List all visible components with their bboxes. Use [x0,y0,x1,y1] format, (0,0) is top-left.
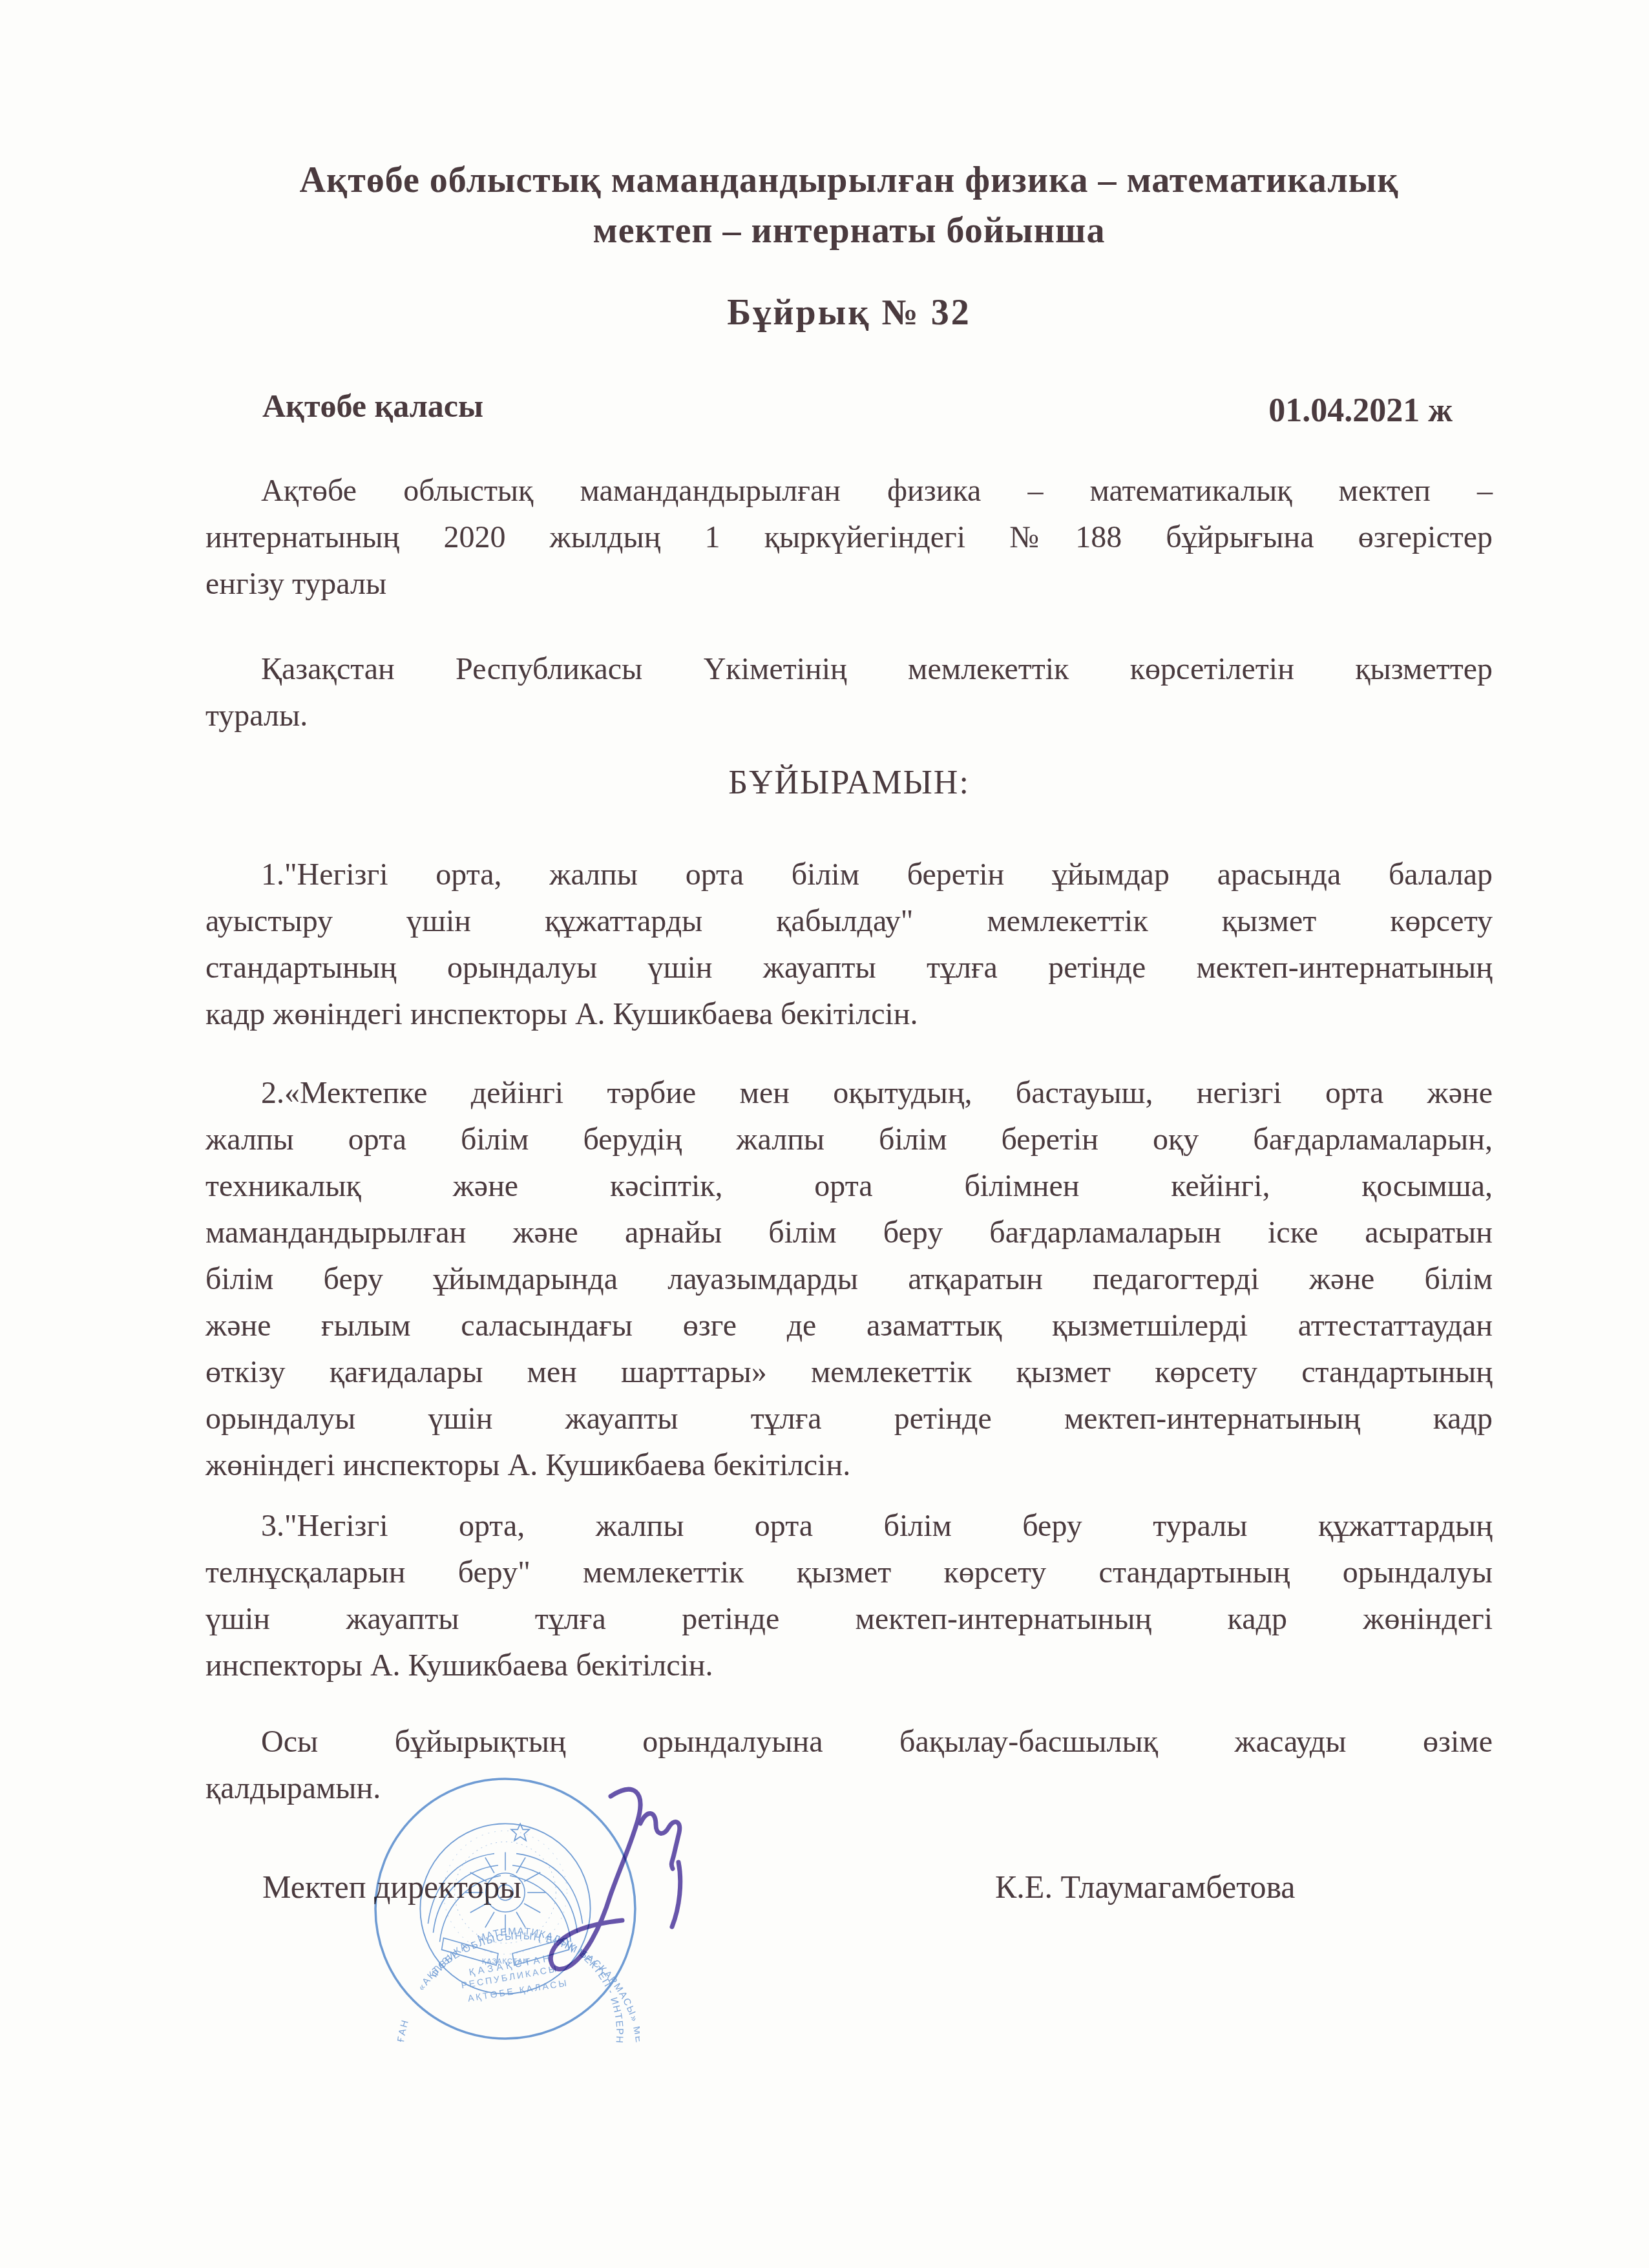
text-line: 1."Негізгі орта, жалпы орта білім береті… [205,852,1493,898]
order-item-1: 1."Негізгі орта, жалпы орта білім береті… [205,852,1493,1038]
text-line: Қазақстан Республикасы Үкіметінің мемлек… [205,646,1493,693]
basis-paragraph: Қазақстан Республикасы Үкіметінің мемлек… [205,646,1493,739]
text-line: техникалық және кәсіптік, орта білімнен … [205,1163,1493,1210]
text-line: енгізу туралы [205,561,1493,607]
order-number: Бұйрық № 32 [205,289,1493,336]
text-line: стандартының орындалуы үшін жауапты тұлғ… [205,945,1493,991]
text-line: ауыстыру үшін құжаттарды қабылдау" мемле… [205,898,1493,945]
scanned-order-document: Ақтөбе облыстық мамандандырылған физика … [0,0,1649,2268]
text-line: Осы бұйырықтың орындалуына бақылау-басшы… [205,1719,1493,1765]
order-date: 01.04.2021 ж [1268,388,1453,434]
text-line: инспекторы А. Кушикбаева бекітілсін. [205,1643,1493,1689]
text-line: 2.«Мектепке дейінгі тәрбие мен оқытудың,… [205,1070,1493,1117]
text-line: кадр жөніндегі инспекторы А. Кушикбаева … [205,991,1493,1038]
text-line: мамандандырылған және арнайы білім беру … [205,1210,1493,1256]
text-line: білім беру ұйымдарында лауазымдарды атқа… [205,1256,1493,1303]
text-line: мектеп – интернаты бойынша [205,205,1493,256]
signature-ink [514,1785,727,1985]
city-date-row: Ақтөбе қаласы 01.04.2021 ж [205,383,1493,429]
text-line: 3."Негізгі орта, жалпы орта білім беру т… [205,1503,1493,1549]
text-line: интернатының 2020 жылдың 1 қыркүйегіндег… [205,514,1493,561]
text-line: және ғылым саласындағы өзге де азаматтық… [205,1303,1493,1349]
text-line: Ақтөбе облыстық мамандандырылған физика … [205,155,1493,205]
order-item-3: 3."Негізгі орта, жалпы орта білім беру т… [205,1503,1493,1689]
text-line: жөніндегі инспекторы А. Кушикбаева бекіт… [205,1442,1493,1489]
text-line: туралы. [205,693,1493,739]
text-line: өткізу қағидалары мен шарттары» мемлекет… [205,1349,1493,1396]
text-line: жалпы орта білім берудің жалпы білім бер… [205,1117,1493,1163]
text-line: Ақтөбе облыстық мамандандырылған физика … [205,468,1493,514]
text-line: үшін жауапты тұлға ретінде мектеп-интерн… [205,1596,1493,1643]
city-label: Ақтөбе қаласы [262,383,483,429]
text-line: телнұсқаларын беру" мемлекеттік қызмет к… [205,1549,1493,1596]
director-name: К.Е. Тлаумагамбетова [995,1864,1296,1910]
resolution-heading: БҰЙЫРАМЫН: [205,760,1493,806]
order-item-2: 2.«Мектепке дейінгі тәрбие мен оқытудың,… [205,1070,1493,1489]
document-title: Ақтөбе облыстық мамандандырылған физика … [205,155,1493,256]
text-line: орындалуы үшін жауапты тұлға ретінде мек… [205,1396,1493,1442]
intro-paragraph: Ақтөбе облыстық мамандандырылған физика … [205,468,1493,607]
